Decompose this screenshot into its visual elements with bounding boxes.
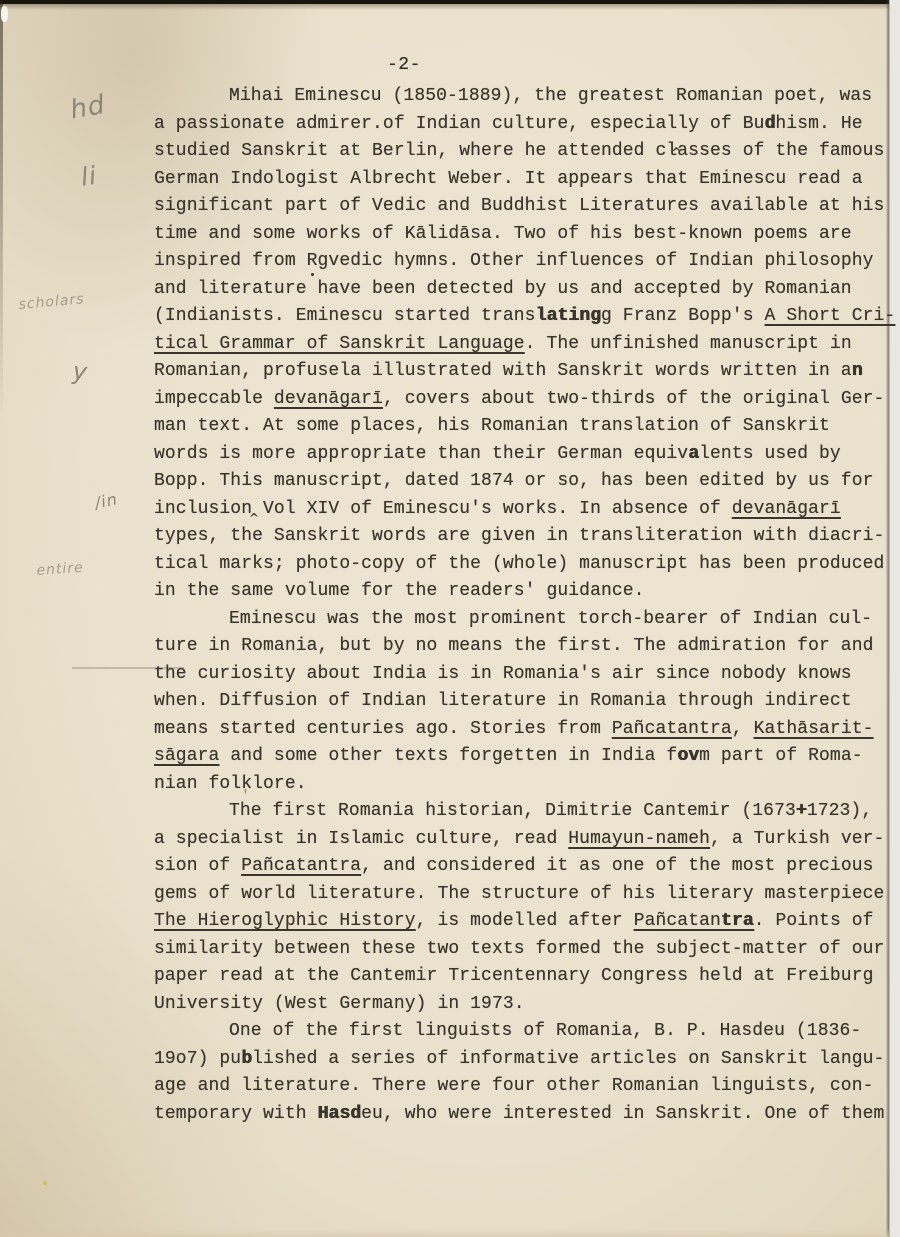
caret-mark: ^ [249,511,259,525]
text-line: and literature have been detected by us … [154,276,899,304]
text-line: means started centuries ago. Stories fro… [154,716,899,744]
text-line: impeccable devanāgarī, covers about two-… [154,386,899,414]
text-line: Romanian, profusela illustrated with San… [154,358,899,386]
paper-speck [43,1181,47,1185]
text-line: a specialist in Islamic culture, read Hu… [154,826,899,854]
text-line: paper read at the Cantemir Tricentennary… [154,963,899,991]
scan-edge-top-shadow [0,4,900,10]
text-line: nian folklore. [154,771,899,799]
text-line: German Indologist Albrecht Weber. It app… [154,166,899,194]
text-line: inclusion Vol XIV of Eminescu's works. I… [154,496,899,524]
text-line: The Hieroglyphic History, is modelled af… [154,908,899,936]
text-line: Eminescu was the most prominent torch-be… [154,606,899,634]
text-line: man text. At some places, his Romanian t… [154,413,899,441]
text-line: inspired from Rgvedic hymns. Other influ… [154,248,899,276]
text-line: studied Sanskrit at Berlin, where he att… [154,138,899,166]
handwritten-margin-note: hd [68,90,108,126]
caret-mark: ^ [671,146,682,161]
paper-edge-bottom [0,1229,889,1237]
page-number: -2- [387,55,421,75]
text-line: age and literature. There were four othe… [154,1073,899,1101]
text-line: gems of world literature. The structure … [154,881,899,909]
paper-edge-left [0,0,3,420]
handwritten-margin-note: y [72,357,90,386]
handwritten-margin-note: entire [36,560,84,579]
text-line: University (West Germany) in 1973. [154,991,899,1019]
text-line: 19o7) published a series of informative … [154,1046,899,1074]
text-line: tical marks; photo-copy of the (whole) m… [154,551,899,579]
text-line: The first Romania historian, Dimitrie Ca… [154,798,899,826]
text-line: ture in Romania, but by no means the fir… [154,633,899,661]
text-line: sion of Pañcatantra, and considered it a… [154,853,899,881]
text-line: types, the Sanskrit words are given in t… [154,523,899,551]
text-line: (Indianists. Eminescu started translatin… [154,303,899,331]
text-line: significant part of Vedic and Buddhist L… [154,193,899,221]
text-line: when. Diffusion of Indian literature in … [154,688,899,716]
text-line: a passionate admirer.of Indian culture, … [154,111,899,139]
text-line: Mihai Eminescu (1850-1889), the greatest… [154,83,899,111]
text-line: the curiosity about India is in Romania'… [154,661,899,689]
text-line: tical Grammar of Sanskrit Language. The … [154,331,899,359]
text-line: similarity between these two texts forme… [154,936,899,964]
text-line: sāgara and some other texts forgetten in… [154,743,899,771]
text-block: Mihai Eminescu (1850-1889), the greatest… [154,83,899,1128]
text-line: temporary with Hasdeu, who were interest… [154,1101,899,1129]
text-line: time and some works of Kālidāsa. Two of … [154,221,899,249]
text-line: Bopp. This manuscript, dated 1874 or so,… [154,468,899,496]
text-line: words is more appropriate than their Ger… [154,441,899,469]
text-line: in the same volume for the readers' guid… [154,578,899,606]
text-line: One of the first linguists of Romania, B… [154,1018,899,1046]
paper-notch [1,6,8,22]
